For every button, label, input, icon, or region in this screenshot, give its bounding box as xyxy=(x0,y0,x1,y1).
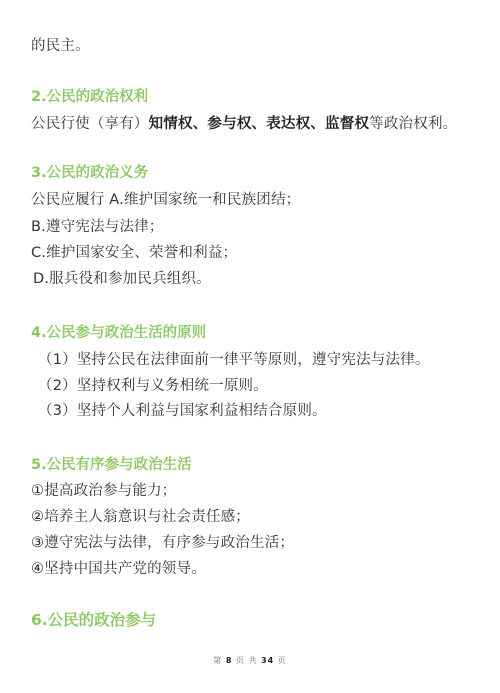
duty-line: D.服兵役和参加民兵组织。 xyxy=(33,269,211,289)
section-heading-political-duties: 3.公民的政治义务 xyxy=(31,163,148,183)
section-heading-political-participation: 6.公民的政治参与 xyxy=(31,610,156,630)
orderly-participation-line: ③遵守宪法与法律，有序参与政治生活； xyxy=(31,533,294,553)
principle-line: （1）坚持公民在法律面前一律平等原则，遵守宪法与法律。 xyxy=(38,350,430,370)
section-heading-orderly-participation: 5.公民有序参与政治生活 xyxy=(31,455,192,475)
right-term: 知情权 xyxy=(149,116,193,132)
separator: 、 xyxy=(310,116,325,132)
orderly-participation-line: ①提高政治参与能力； xyxy=(31,481,177,501)
footer-label-pages: 页 xyxy=(278,656,287,665)
current-page-number: 8 xyxy=(226,656,233,665)
continuation-text: 的民主。 xyxy=(31,36,90,56)
separator: 、 xyxy=(252,116,267,132)
orderly-participation-line: ④坚持中国共产党的领导。 xyxy=(31,559,206,579)
footer-label-page-of: 页 共 xyxy=(236,656,258,665)
footer-label-page: 第 xyxy=(213,656,222,665)
total-pages-number: 34 xyxy=(261,656,274,665)
right-term: 表达权 xyxy=(266,116,310,132)
right-term: 参与权 xyxy=(207,116,251,132)
page-footer: 第 8 页 共 34 页 xyxy=(0,655,500,666)
duty-line: 公民应履行 A.维护国家统一和民族团结； xyxy=(31,190,300,210)
section-heading-participation-principles: 4.公民参与政治生活的原则 xyxy=(31,323,206,343)
duty-line: B.遵守宪法与法律； xyxy=(31,217,164,237)
principle-line: （2）坚持权利与义务相统一原则。 xyxy=(38,376,268,396)
orderly-participation-line: ②培养主人翁意识与社会责任感； xyxy=(31,507,250,527)
political-rights-text: 公民行使（享有）知情权、参与权、表达权、监督权等政治权利。 xyxy=(31,114,457,134)
document-page: 的民主。 2.公民的政治权利 公民行使（享有）知情权、参与权、表达权、监督权等政… xyxy=(0,0,500,693)
section-heading-political-rights: 2.公民的政治权利 xyxy=(31,87,148,107)
principle-line: （3）坚持个人利益与国家利益相结合原则。 xyxy=(38,401,327,421)
rights-prefix: 公民行使（享有） xyxy=(31,116,149,132)
rights-suffix: 等政治权利。 xyxy=(369,116,457,132)
right-term: 监督权 xyxy=(325,116,369,132)
duty-line: C.维护国家安全、荣誉和利益； xyxy=(31,243,237,263)
separator: 、 xyxy=(193,116,208,132)
